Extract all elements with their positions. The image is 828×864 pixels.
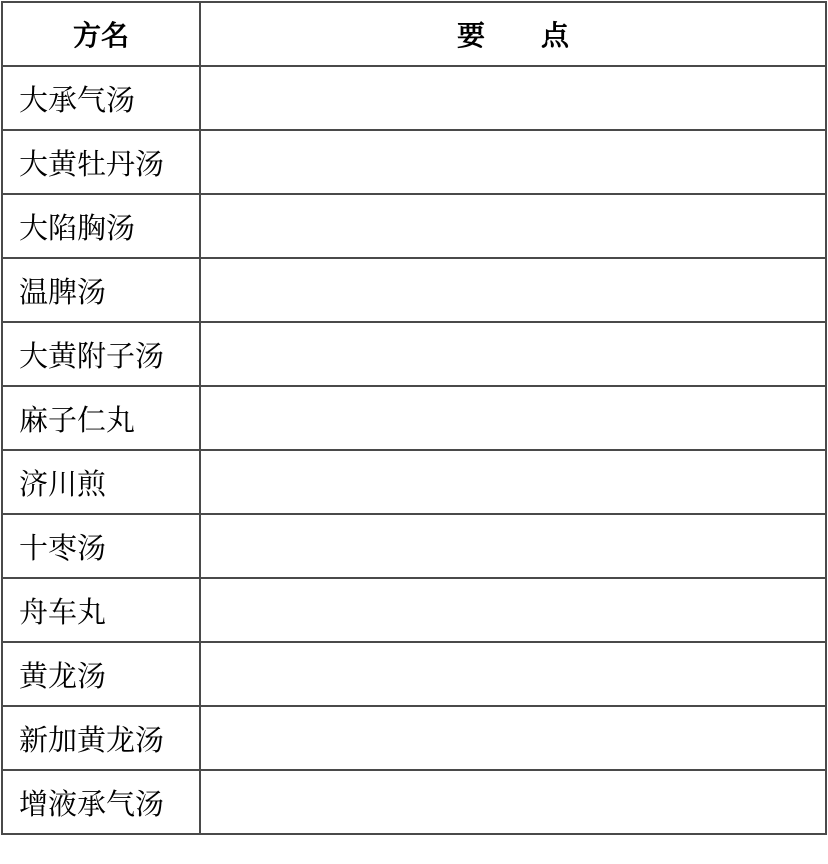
table-row: 新加黄龙汤 — [2, 706, 826, 770]
formula-name: 舟车丸 — [2, 578, 200, 642]
formula-points[interactable] — [200, 322, 826, 386]
formula-name: 温脾汤 — [2, 258, 200, 322]
formula-name: 黄龙汤 — [2, 642, 200, 706]
formula-points[interactable] — [200, 706, 826, 770]
formula-points[interactable] — [200, 642, 826, 706]
table-row: 十枣汤 — [2, 514, 826, 578]
formula-points[interactable] — [200, 514, 826, 578]
table-row: 大承气汤 — [2, 66, 826, 130]
formula-table: 方名 要点 大承气汤 大黄牡丹汤 大陷胸汤 温脾汤 大黄附子汤 麻子仁丸 济川煎… — [1, 1, 827, 835]
table-row: 黄龙汤 — [2, 642, 826, 706]
table-row: 增液承气汤 — [2, 770, 826, 834]
formula-points[interactable] — [200, 450, 826, 514]
table-row: 大陷胸汤 — [2, 194, 826, 258]
formula-name: 新加黄龙汤 — [2, 706, 200, 770]
table-row: 温脾汤 — [2, 258, 826, 322]
formula-name: 十枣汤 — [2, 514, 200, 578]
header-points-b: 点 — [541, 19, 569, 52]
table-row: 济川煎 — [2, 450, 826, 514]
formula-points[interactable] — [200, 130, 826, 194]
formula-name: 增液承气汤 — [2, 770, 200, 834]
table-row: 大黄附子汤 — [2, 322, 826, 386]
formula-points[interactable] — [200, 578, 826, 642]
table-row: 大黄牡丹汤 — [2, 130, 826, 194]
table-row: 麻子仁丸 — [2, 386, 826, 450]
header-points-a: 要 — [457, 19, 485, 52]
formula-name: 大陷胸汤 — [2, 194, 200, 258]
formula-name: 大黄牡丹汤 — [2, 130, 200, 194]
formula-points[interactable] — [200, 194, 826, 258]
header-name: 方名 — [2, 2, 200, 66]
formula-name: 大黄附子汤 — [2, 322, 200, 386]
formula-points[interactable] — [200, 66, 826, 130]
formula-name: 济川煎 — [2, 450, 200, 514]
header-points: 要点 — [200, 2, 826, 66]
formula-name: 麻子仁丸 — [2, 386, 200, 450]
formula-points[interactable] — [200, 770, 826, 834]
formula-points[interactable] — [200, 386, 826, 450]
header-row: 方名 要点 — [2, 2, 826, 66]
formula-name: 大承气汤 — [2, 66, 200, 130]
formula-points[interactable] — [200, 258, 826, 322]
table-row: 舟车丸 — [2, 578, 826, 642]
